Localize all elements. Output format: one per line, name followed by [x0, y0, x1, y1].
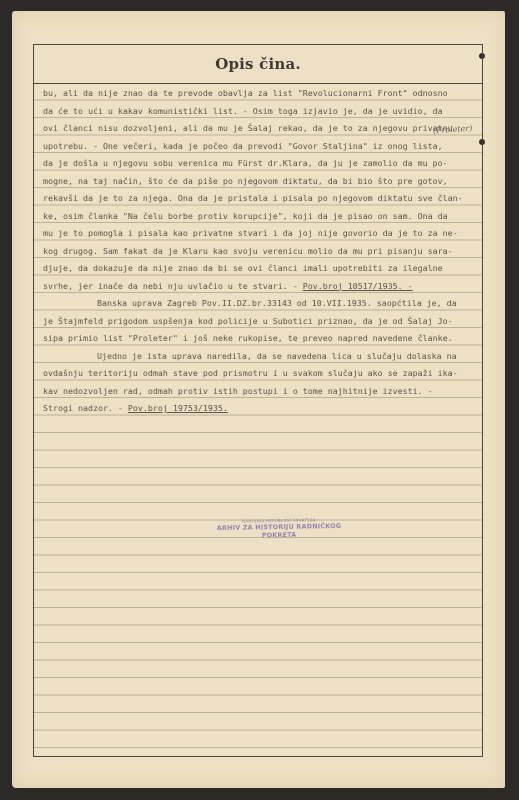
reference-number: Pov.broj 19753/1935.	[128, 403, 228, 413]
text-line: bu, ali da nije znao da te prevode obavl…	[43, 85, 476, 103]
stamp-main-text: ARHIV ZA HISTORIJU RADNIČKOG POKRETA	[209, 522, 349, 540]
text-segment: Strogi nadzor. -	[43, 403, 128, 413]
document-title: Opis čina.	[215, 55, 301, 73]
text-line: je Štajmfeld prigodom uspšenja kod polic…	[43, 313, 476, 331]
archive-stamp: NARODNA REPUBLIKA HRVATSKA ARHIV ZA HIST…	[209, 517, 349, 540]
text-line: mogne, na taj način, što će da piše po n…	[43, 173, 476, 191]
text-line: kog drugog. Sam fakat da je Klaru kao sv…	[43, 243, 476, 261]
typed-body: bu, ali da nije znao da te prevode obavl…	[43, 85, 476, 418]
paragraph-start: Ujedno je ista uprava naredila, da se na…	[43, 348, 476, 366]
text-line: upotrebu. - One večeri, kada je počeo da…	[43, 138, 476, 156]
text-segment: svrhe, jer inače da nebi nju uvlačio u t…	[43, 281, 303, 291]
text-line: sipa primio list "Proleter" i još neke r…	[43, 330, 476, 348]
text-line: ke, osim članka "Na čelu borbe protiv ko…	[43, 208, 476, 226]
text-line-with-reference: svrhe, jer inače da nebi nju uvlačio u t…	[43, 278, 476, 296]
paper-sheet: Opis čina. bu, ali da nije znao da te pr…	[12, 11, 505, 788]
paragraph-start: Banska uprava Zagreb Pov.II.DZ.br.33143 …	[43, 295, 476, 313]
text-line: kav nedozvoljen rad, odmah protiv istih …	[43, 383, 476, 401]
text-line: rekavši da je to za njega. Ona da je pri…	[43, 190, 476, 208]
text-line: mu je to pomogla i pisala kao privatne s…	[43, 225, 476, 243]
scanned-page: Opis čina. bu, ali da nije znao da te pr…	[0, 0, 519, 800]
text-line: djuje, da dokazuje da nije znao da bi se…	[43, 260, 476, 278]
text-line: da je došla u njegovu sobu verenica mu F…	[43, 155, 476, 173]
text-line: da će to ući u kakav komunistički list. …	[43, 103, 476, 121]
form-header: Opis čina.	[34, 45, 482, 84]
text-line-with-reference: Strogi nadzor. - Pov.broj 19753/1935.	[43, 400, 476, 418]
reference-number: Pov.broj 10517/1935. -	[303, 281, 413, 291]
form-frame: Opis čina. bu, ali da nije znao da te pr…	[33, 44, 483, 757]
text-line: ovdašnju teritoriju odmah stave pod pris…	[43, 365, 476, 383]
text-line: ovi članci nisu dozvoljeni, ali da mu je…	[43, 120, 476, 138]
